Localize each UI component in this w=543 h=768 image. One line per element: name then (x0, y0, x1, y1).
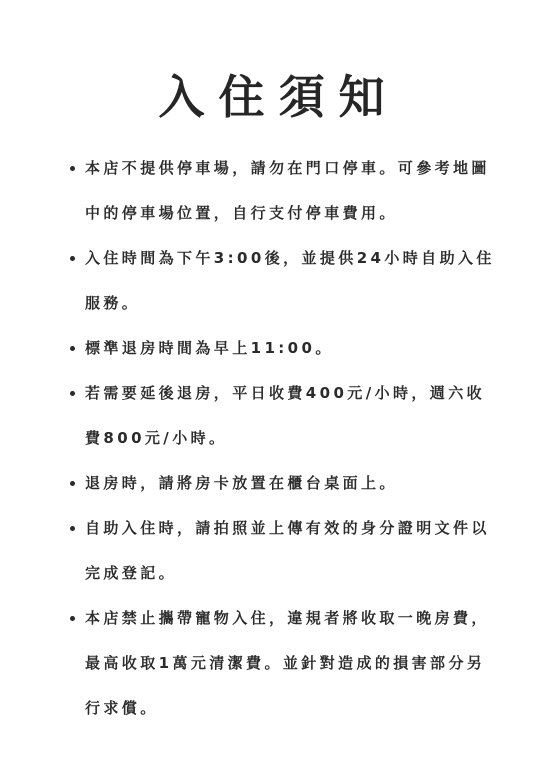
notice-text: 若需要延後退房，平日收費400元/小時，週六收費800元/小時。 (85, 371, 495, 461)
page-title: 入住須知 (0, 67, 543, 127)
notice-text: 本店不提供停車場，請勿在門口停車。可參考地圖中的停車場位置，自行支付停車費用。 (85, 146, 495, 236)
notice-text: 本店禁止攜帶寵物入住，違規者將收取一晚房費，最高收取1萬元清潔費。並針對造成的損… (85, 596, 495, 731)
notice-item-late-check-out: 若需要延後退房，平日收費400元/小時，週六收費800元/小時。 (70, 371, 495, 461)
notice-text: 標準退房時間為早上11:00。 (85, 326, 495, 371)
bullet-icon (70, 256, 75, 261)
notice-text: 自助入住時，請拍照並上傳有效的身分證明文件以完成登記。 (85, 506, 495, 596)
bullet-icon (70, 481, 75, 486)
notice-item-self-check-in: 自助入住時，請拍照並上傳有效的身分證明文件以完成登記。 (70, 506, 495, 596)
notice-list: 本店不提供停車場，請勿在門口停車。可參考地圖中的停車場位置，自行支付停車費用。 … (70, 146, 495, 731)
bullet-icon (70, 166, 75, 171)
bullet-icon (70, 391, 75, 396)
notice-item-parking: 本店不提供停車場，請勿在門口停車。可參考地圖中的停車場位置，自行支付停車費用。 (70, 146, 495, 236)
notice-item-no-pets: 本店禁止攜帶寵物入住，違規者將收取一晚房費，最高收取1萬元清潔費。並針對造成的損… (70, 596, 495, 731)
notice-text: 入住時間為下午3:00後，並提供24小時自助入住服務。 (85, 236, 495, 326)
bullet-icon (70, 616, 75, 621)
notice-item-room-card: 退房時，請將房卡放置在櫃台桌面上。 (70, 461, 495, 506)
bullet-icon (70, 526, 75, 531)
bullet-icon (70, 346, 75, 351)
notice-text: 退房時，請將房卡放置在櫃台桌面上。 (85, 461, 495, 506)
notice-item-check-out-time: 標準退房時間為早上11:00。 (70, 326, 495, 371)
notice-item-check-in-time: 入住時間為下午3:00後，並提供24小時自助入住服務。 (70, 236, 495, 326)
